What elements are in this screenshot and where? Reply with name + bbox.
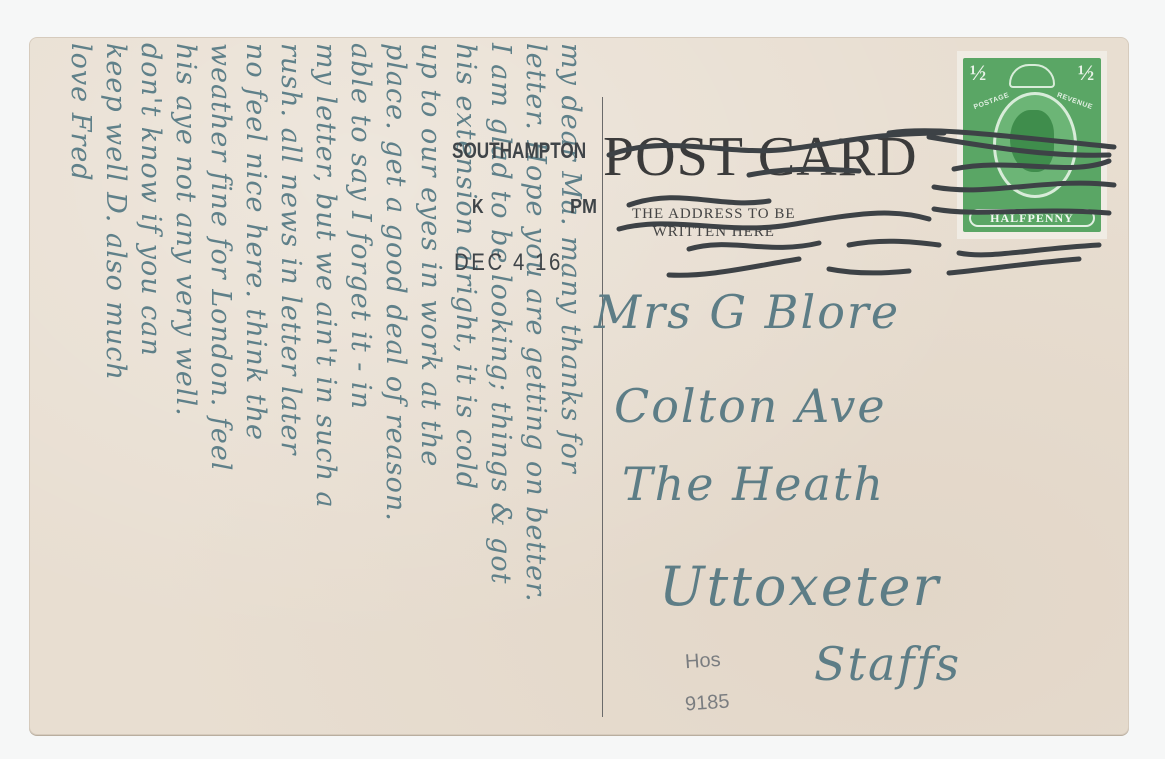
pencil-note-line1: Hos [684, 648, 721, 674]
address-instruction-line2: WRITTEN HERE [632, 223, 796, 241]
king-portrait-icon [1010, 110, 1054, 172]
address-line-town: Uttoxeter [659, 555, 940, 618]
postmark-time: PM [570, 196, 597, 219]
message-line: keep well D. also much [97, 43, 133, 733]
stamp-denomination-left: ½ [969, 64, 987, 82]
postcard: my dear Ma. many thanks forletter. Hope … [29, 37, 1129, 735]
halfpenny-stamp: ½ ½ POSTAGE REVENUE HALFPENNY [957, 51, 1107, 239]
message-line: don't know if you can [132, 43, 168, 733]
postmark-town: SOUTHAMPTON [452, 138, 586, 164]
message-line: place. get a good deal of reason. [377, 43, 413, 733]
message-line: able to say I forget it - in [342, 43, 378, 733]
address-instruction-line1: THE ADDRESS TO BE [632, 205, 796, 223]
message-line: no feel nice here. think the [237, 43, 273, 733]
stamp-denomination-right: ½ [1077, 64, 1095, 82]
message-line: weather fine for London. feel [202, 43, 238, 733]
address-instruction: THE ADDRESS TO BE WRITTEN HERE [632, 205, 796, 241]
message-line: up to our eyes in work at the [412, 43, 448, 733]
postmark-code: K [472, 196, 484, 219]
post-card-heading: POST CARD [603, 125, 918, 189]
address-line-area: The Heath [622, 457, 885, 511]
address-line-street: Colton Ave [614, 379, 887, 433]
postmark-date: DEC 4 16 [454, 249, 563, 277]
address-line-county: Staffs [814, 637, 961, 691]
pencil-note-line2: 9185 [684, 689, 730, 716]
stamp-face: ½ ½ POSTAGE REVENUE HALFPENNY [963, 58, 1101, 232]
message-line: his aye not any very well. [167, 43, 203, 733]
message-line: my letter, but we ain't in such a [307, 43, 343, 733]
divider-line [602, 97, 603, 717]
address-line-name: Mrs G Blore [594, 285, 900, 339]
message-line: rush. all news in letter later [272, 43, 308, 733]
message-line: love Fred [62, 43, 98, 733]
crown-icon [1009, 64, 1055, 88]
stamp-value-label: HALFPENNY [969, 209, 1095, 227]
